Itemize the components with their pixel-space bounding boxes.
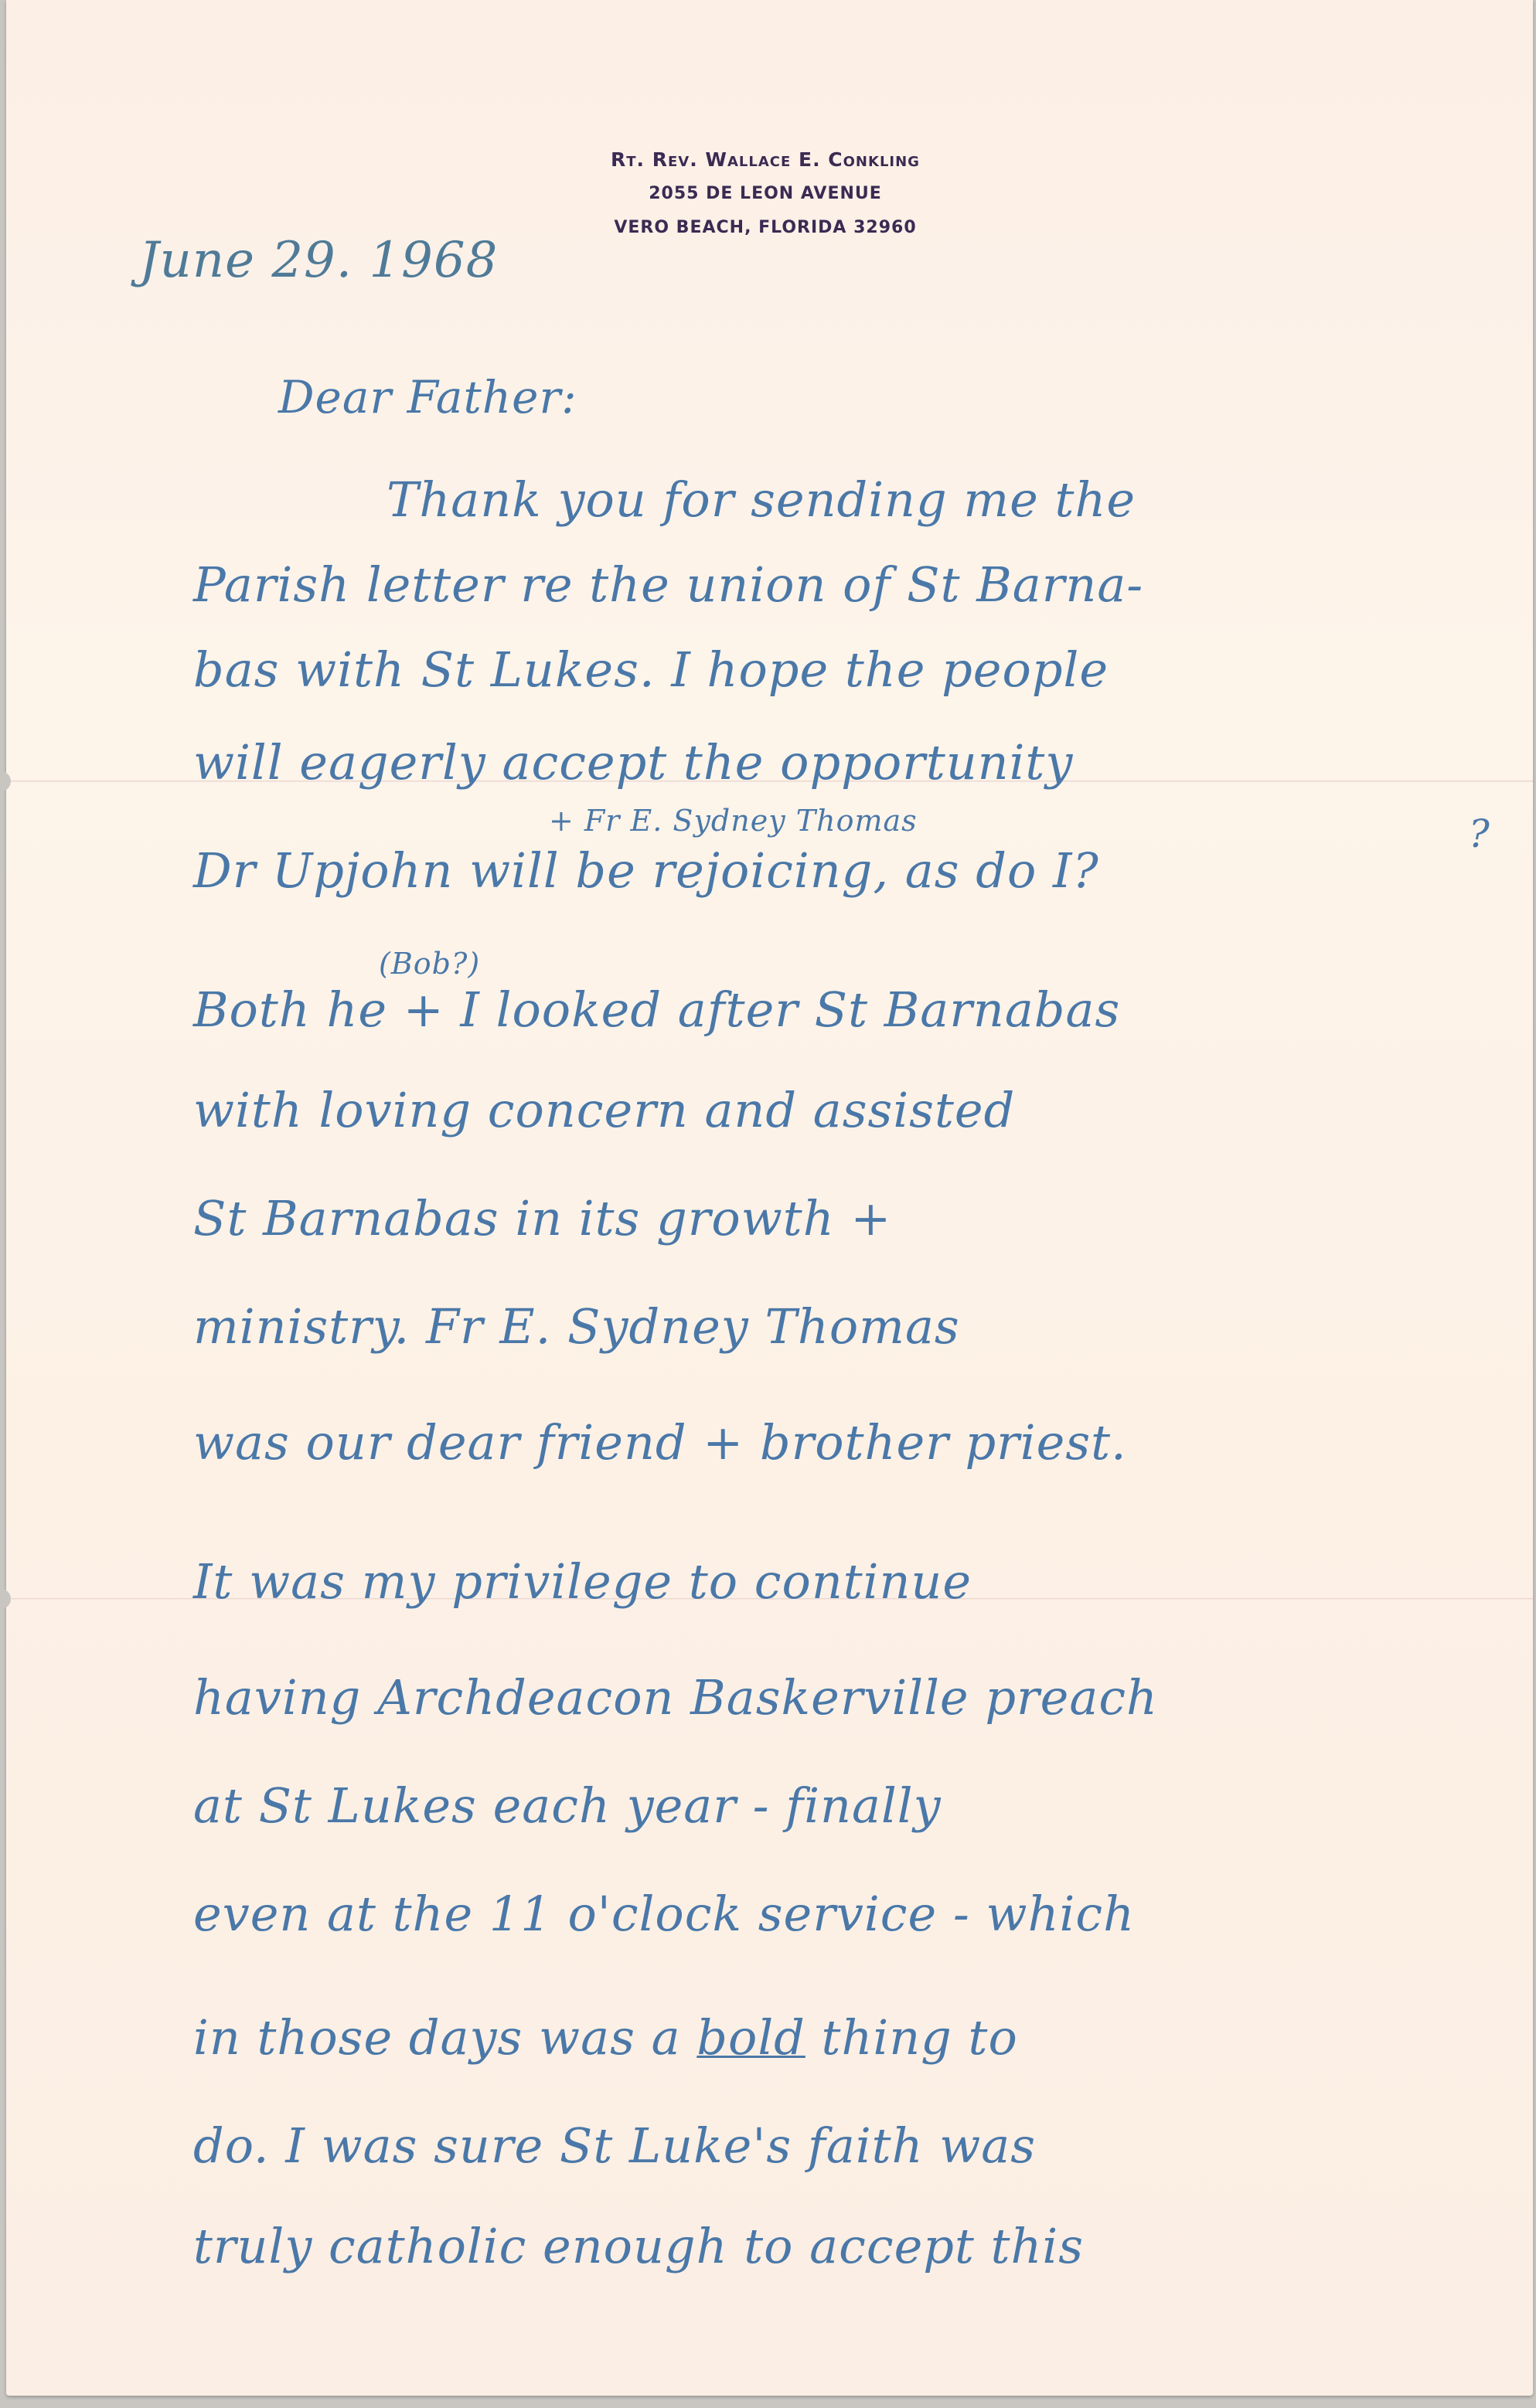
underlined-word: bold xyxy=(696,2009,805,2066)
margin-question-mark: ? xyxy=(1469,811,1490,856)
body-line: do. I was sure St Luke's faith was xyxy=(193,2117,1036,2174)
body-line: truly catholic enough to accept this xyxy=(193,2218,1084,2274)
body-line: even at the 11 o'clock service - which xyxy=(193,1886,1135,1942)
body-line: It was my privilege to continue xyxy=(193,1553,972,1610)
letterhead: Rt. Rev. Wallace E. Conkling 2055 DE LEO… xyxy=(464,143,1067,245)
letterhead-name: Rt. Rev. Wallace E. Conkling xyxy=(464,143,1067,177)
body-line: Dr Upjohn will be rejoicing, as do I? xyxy=(193,842,1099,899)
body-line: with loving concern and assisted xyxy=(193,1082,1015,1138)
body-line: in those days was a bold thing to xyxy=(193,2009,1018,2066)
letter-date: June 29. 1968 xyxy=(139,232,498,289)
body-line: Parish letter re the union of St Barna- xyxy=(193,556,1143,613)
body-line: will eagerly accept the opportunity xyxy=(193,734,1073,791)
body-line: Both he + I looked after St Barnabas xyxy=(193,981,1120,1038)
salutation: Dear Father: xyxy=(278,371,577,423)
insertion-fr-thomas: + Fr E. Sydney Thomas xyxy=(549,804,918,838)
body-line: bas with St Lukes. I hope the people xyxy=(193,641,1109,698)
body-line: at St Lukes each year - finally xyxy=(193,1777,942,1834)
body-line: having Archdeacon Baskerville preach xyxy=(193,1669,1158,1726)
letterhead-street: 2055 DE LEON AVENUE xyxy=(464,177,1067,211)
body-line: St Barnabas in its growth + xyxy=(193,1190,891,1247)
insertion-bob: (Bob?) xyxy=(379,947,480,981)
body-line: ministry. Fr E. Sydney Thomas xyxy=(193,1298,960,1355)
body-line: Thank you for sending me the xyxy=(387,471,1136,528)
letterhead-city: VERO BEACH, FLORIDA 32960 xyxy=(464,211,1067,245)
body-line: was our dear friend + brother priest. xyxy=(193,1414,1127,1471)
